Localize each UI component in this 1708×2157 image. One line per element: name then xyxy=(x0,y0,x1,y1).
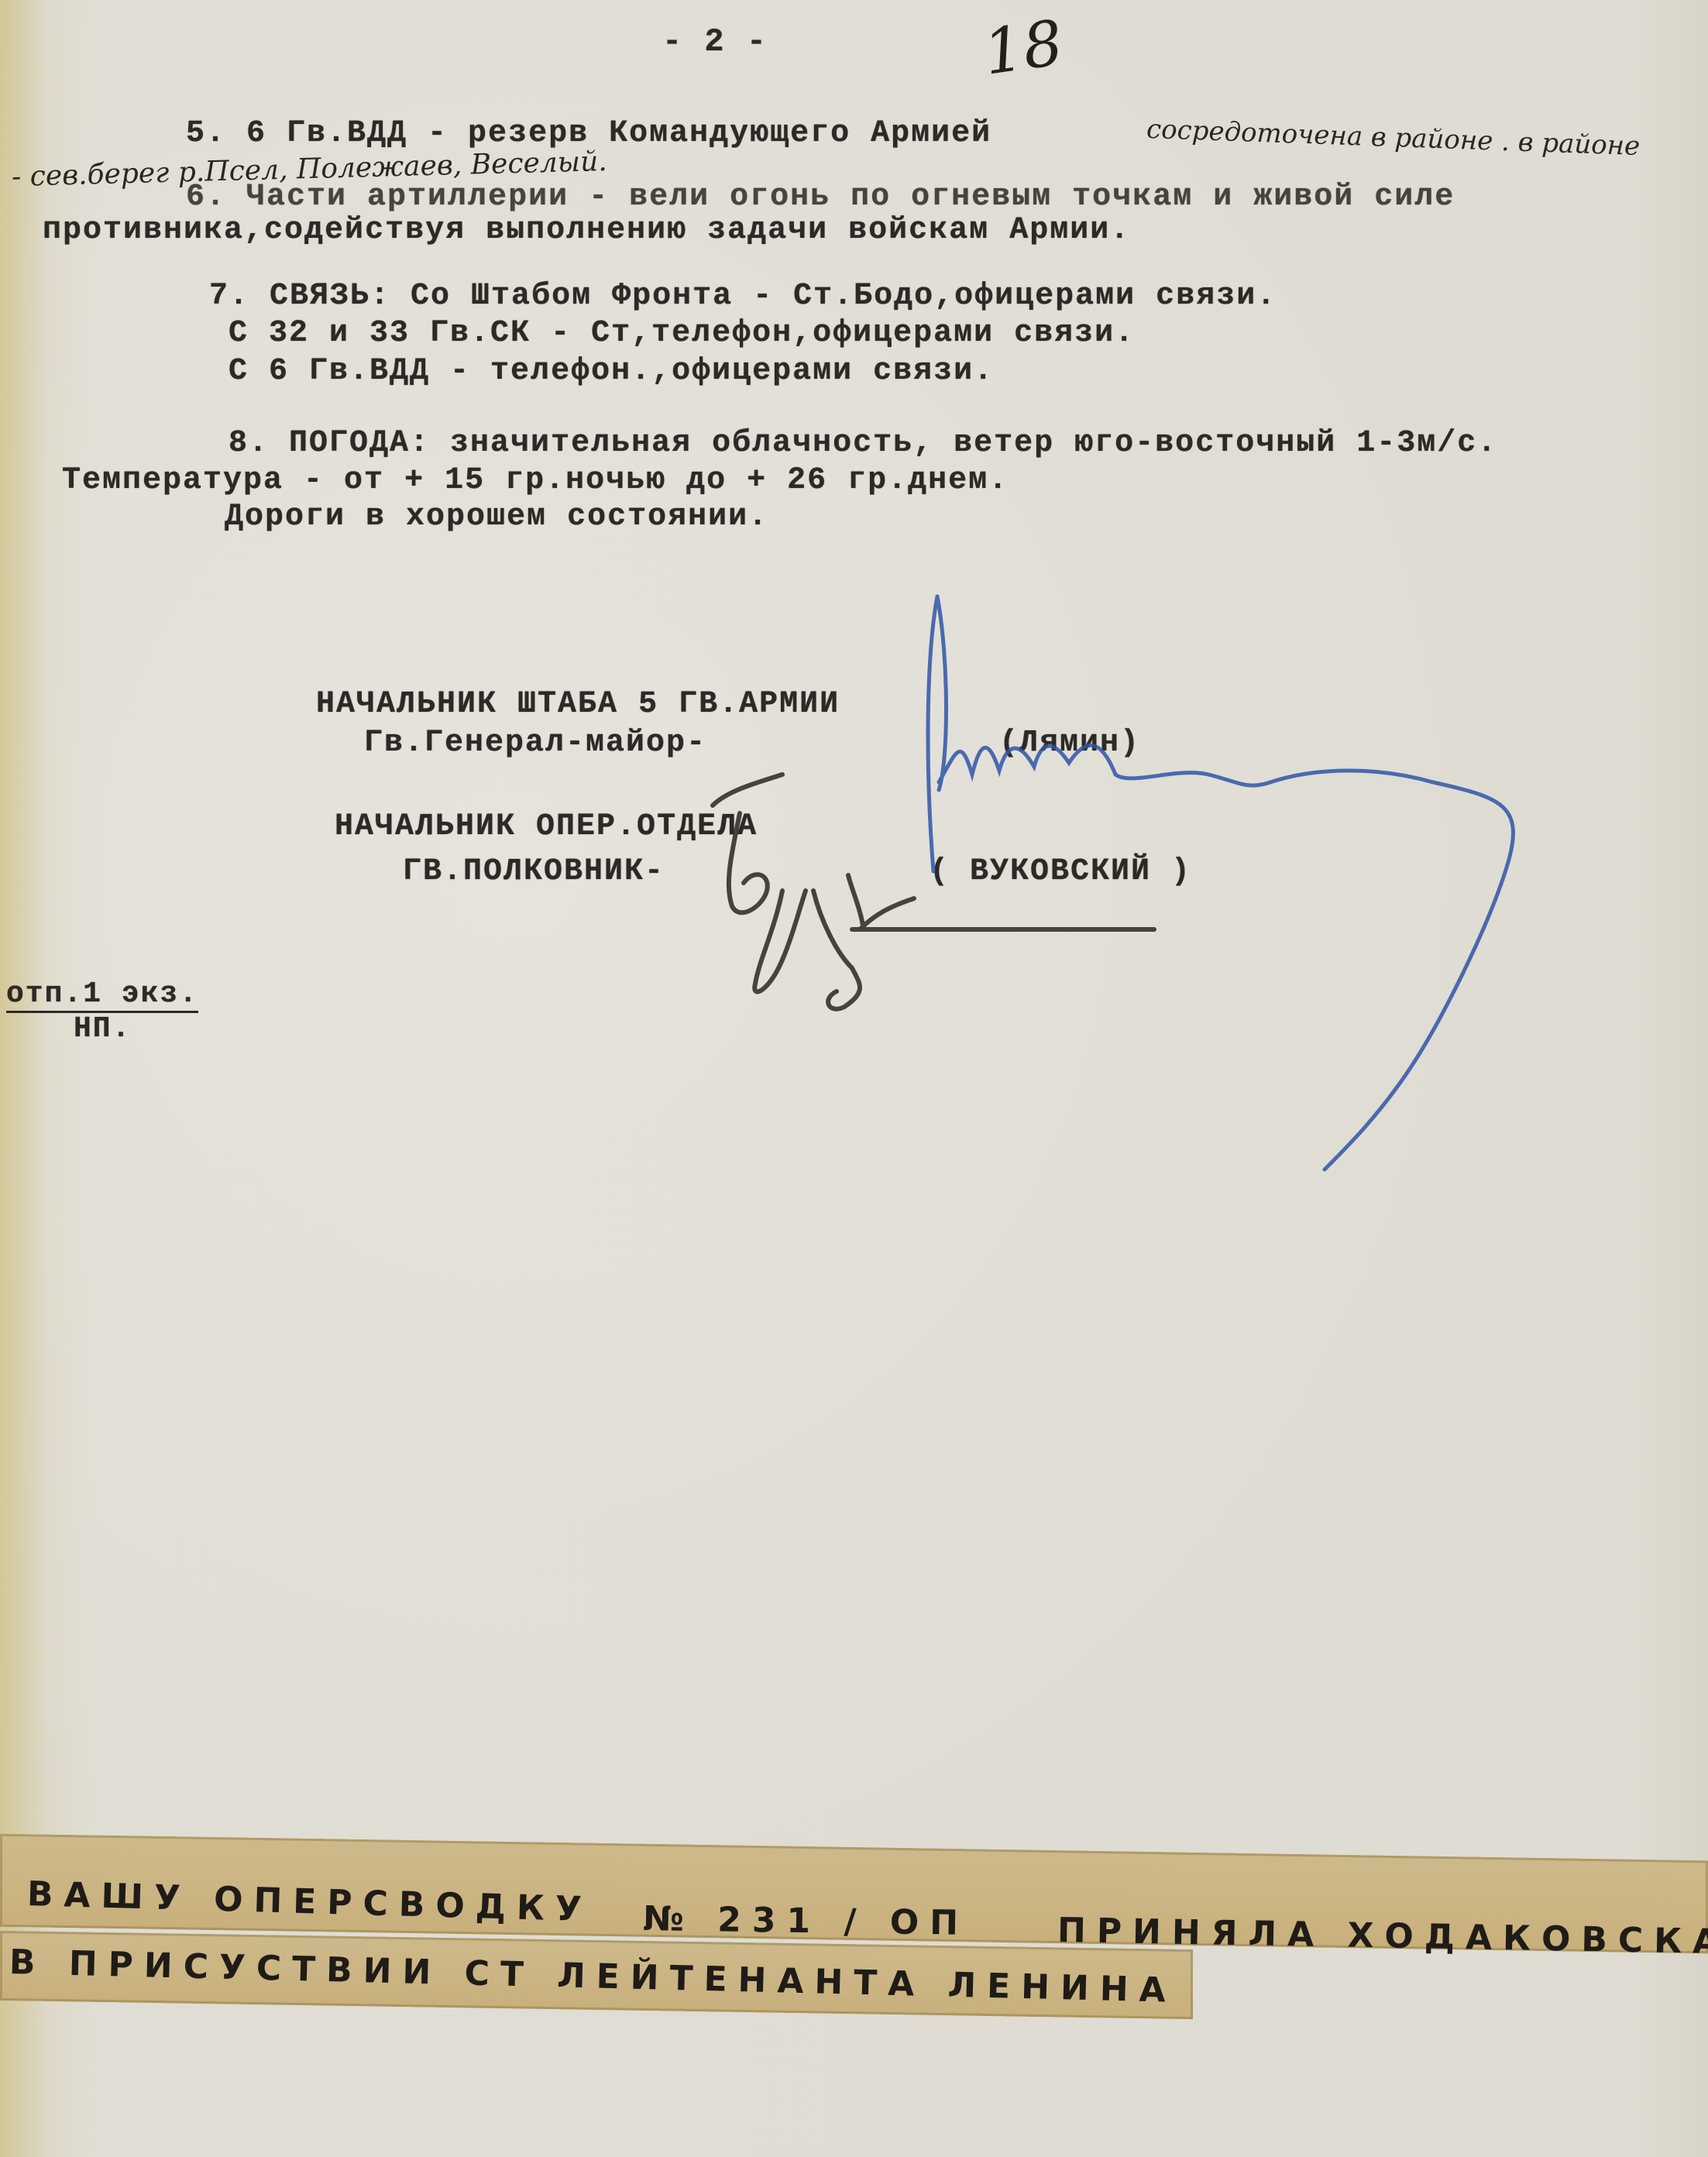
tape-line-1-number: № 231 / ОП xyxy=(643,1899,970,1943)
handwritten-signatures xyxy=(0,0,1708,2157)
copies-note: отп.1 экз. xyxy=(6,977,198,1013)
blue-signature-icon xyxy=(928,596,1513,1170)
black-signature-icon xyxy=(713,775,1154,1009)
initials-note: НП. xyxy=(74,1012,131,1046)
